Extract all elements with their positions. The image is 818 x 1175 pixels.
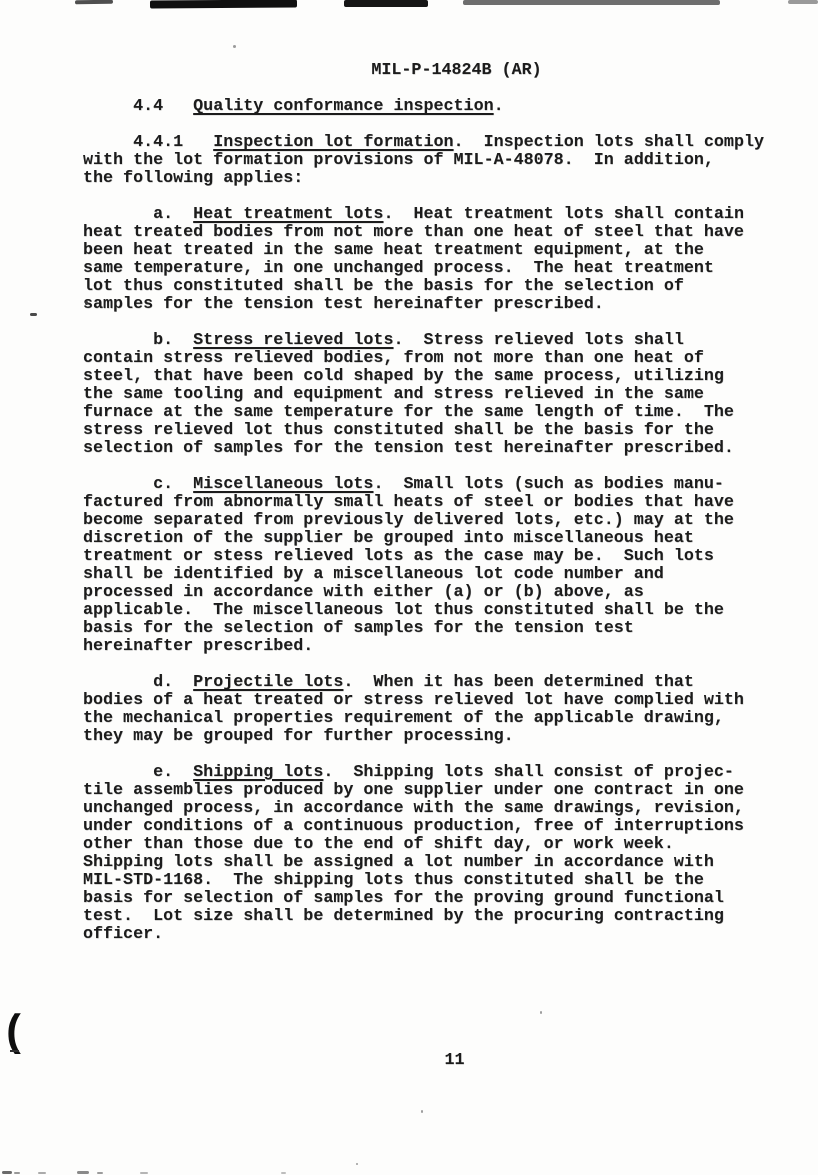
- paragraph-title: Stress relieved lots: [193, 331, 393, 350]
- scan-speck: [97, 1172, 103, 1174]
- paragraph-text: . Stress relieved lots shall contain str…: [83, 331, 734, 458]
- scan-speck: [38, 1172, 46, 1174]
- paragraph-d: d. Projectile lots. When it has been det…: [83, 674, 778, 746]
- document-number-header: MIL-P-14824B (AR): [109, 62, 804, 80]
- scan-smudge-bar: [150, 0, 297, 9]
- paragraph-label: b.: [83, 331, 193, 350]
- paragraph-a: a. Heat treatment lots. Heat treatment l…: [83, 206, 778, 314]
- paragraph-4-4-1: 4.4.1 Inspection lot formation. Inspecti…: [83, 134, 778, 188]
- scan-speck: [421, 1110, 423, 1113]
- paragraph-c: c. Miscellaneous lots. Small lots (such …: [83, 476, 778, 656]
- section-text: .: [494, 97, 504, 116]
- paragraph-text: . Small lots (such as bodies manu- factu…: [83, 475, 734, 656]
- paragraph-b: b. Stress relieved lots. Stress relieved…: [83, 332, 778, 458]
- paragraph-title: Inspection lot formation: [213, 133, 453, 152]
- paragraph-text: . Shipping lots shall consist of projec-…: [83, 763, 744, 944]
- scan-smudge-bar: [463, 0, 720, 5]
- scan-smudge-bar: [344, 0, 428, 7]
- scan-speck: [281, 1172, 286, 1174]
- scan-smudge-bar: [788, 0, 818, 4]
- scan-speck: [140, 1172, 148, 1174]
- scan-speck: [85, 301, 88, 305]
- scan-speck: [14, 1172, 20, 1174]
- page-number: 11: [107, 1052, 802, 1070]
- section-title: Quality conformance inspection: [193, 97, 493, 116]
- scan-speck: [10, 1050, 19, 1052]
- paragraph-title: Miscellaneous lots: [193, 475, 373, 494]
- paragraph-e: e. Shipping lots. Shipping lots shall co…: [83, 764, 778, 944]
- paragraph-label: d.: [83, 673, 193, 692]
- paragraph-title: Projectile lots: [193, 673, 343, 692]
- section-heading-4-4: 4.4 Quality conformance inspection.: [83, 98, 778, 116]
- section-number: 4.4: [83, 97, 193, 116]
- scan-smudge-bar: [75, 0, 113, 4]
- scan-speck: [233, 45, 236, 48]
- scan-speck: [540, 1011, 542, 1014]
- scan-speck: [30, 313, 37, 316]
- scan-speck: [2, 1171, 12, 1174]
- scanned-document-page: MIL-P-14824B (AR) 4.4 Quality conformanc…: [0, 0, 818, 1175]
- scan-speck: [356, 1163, 358, 1165]
- paragraph-title: Heat treatment lots: [193, 205, 383, 224]
- paragraph-title: Shipping lots: [193, 763, 323, 782]
- scan-speck: [77, 1171, 89, 1174]
- paragraph-label: e.: [83, 763, 193, 782]
- paragraph-label: c.: [83, 475, 193, 494]
- paragraph-number: 4.4.1: [83, 133, 213, 152]
- paragraph-label: a.: [83, 205, 193, 224]
